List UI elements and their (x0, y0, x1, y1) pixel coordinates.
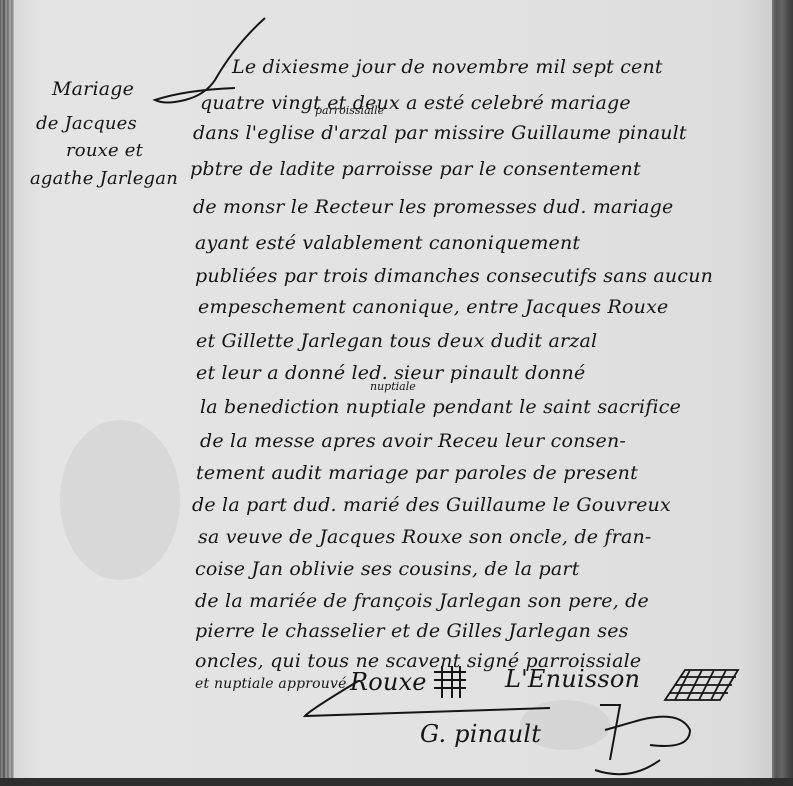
record-line: publiées par trois dimanches consecutifs… (195, 265, 713, 287)
interlinear-note: nuptiale (370, 380, 416, 393)
interlinear-note: parroissialle (315, 104, 384, 117)
record-line: sa veuve de Jacques Rouxe son oncle, de … (198, 526, 652, 548)
margin-note-line: de Jacques (36, 113, 137, 134)
record-line: la benediction nuptiale pendant le saint… (200, 396, 681, 418)
signature-paraph-icon (590, 700, 710, 778)
binding-edge-left (0, 0, 14, 778)
binding-edge-right (772, 0, 793, 778)
record-line: de la part dud. marié des Guillaume le G… (192, 494, 671, 516)
record-line: tement audit mariage par paroles de pres… (196, 462, 638, 484)
record-line: empeschement canonique, entre Jacques Ro… (198, 296, 668, 318)
signature-pinault: G. pinault (420, 720, 541, 748)
record-line: de monsr le Recteur les promesses dud. m… (193, 196, 673, 218)
record-line: quatre vingt et deux a esté celebré mari… (200, 92, 631, 114)
record-line: et Gillette Jarlegan tous deux dudit arz… (196, 330, 597, 352)
record-line: de la mariée de françois Jarlegan son pe… (195, 590, 649, 612)
record-line: ayant esté valablement canoniquement (195, 232, 580, 254)
scan-bottom-border (0, 778, 793, 786)
register-page: Mariage de Jacques rouxe et agathe Jarle… (0, 0, 793, 778)
paper-stain (60, 420, 180, 580)
signature-lenuisson: L'Enuisson (505, 665, 640, 693)
record-line: de la messe apres avoir Receu leur conse… (200, 430, 626, 452)
record-line: pierre le chasselier et de Gilles Jarleg… (195, 620, 629, 642)
record-line: Le dixiesme jour de novembre mil sept ce… (232, 56, 663, 78)
margin-note-line: Mariage (52, 78, 134, 100)
margin-note-line: agathe Jarlegan (30, 168, 178, 189)
margin-note-line: rouxe et (66, 140, 143, 161)
signature-grid-flourish-icon (660, 665, 740, 705)
record-line: coise Jan oblivie ses cousins, de la par… (195, 558, 580, 580)
record-line: dans l'eglise d'arzal par missire Guilla… (193, 122, 687, 144)
record-line: pbtre de ladite parroisse par le consent… (190, 158, 641, 180)
